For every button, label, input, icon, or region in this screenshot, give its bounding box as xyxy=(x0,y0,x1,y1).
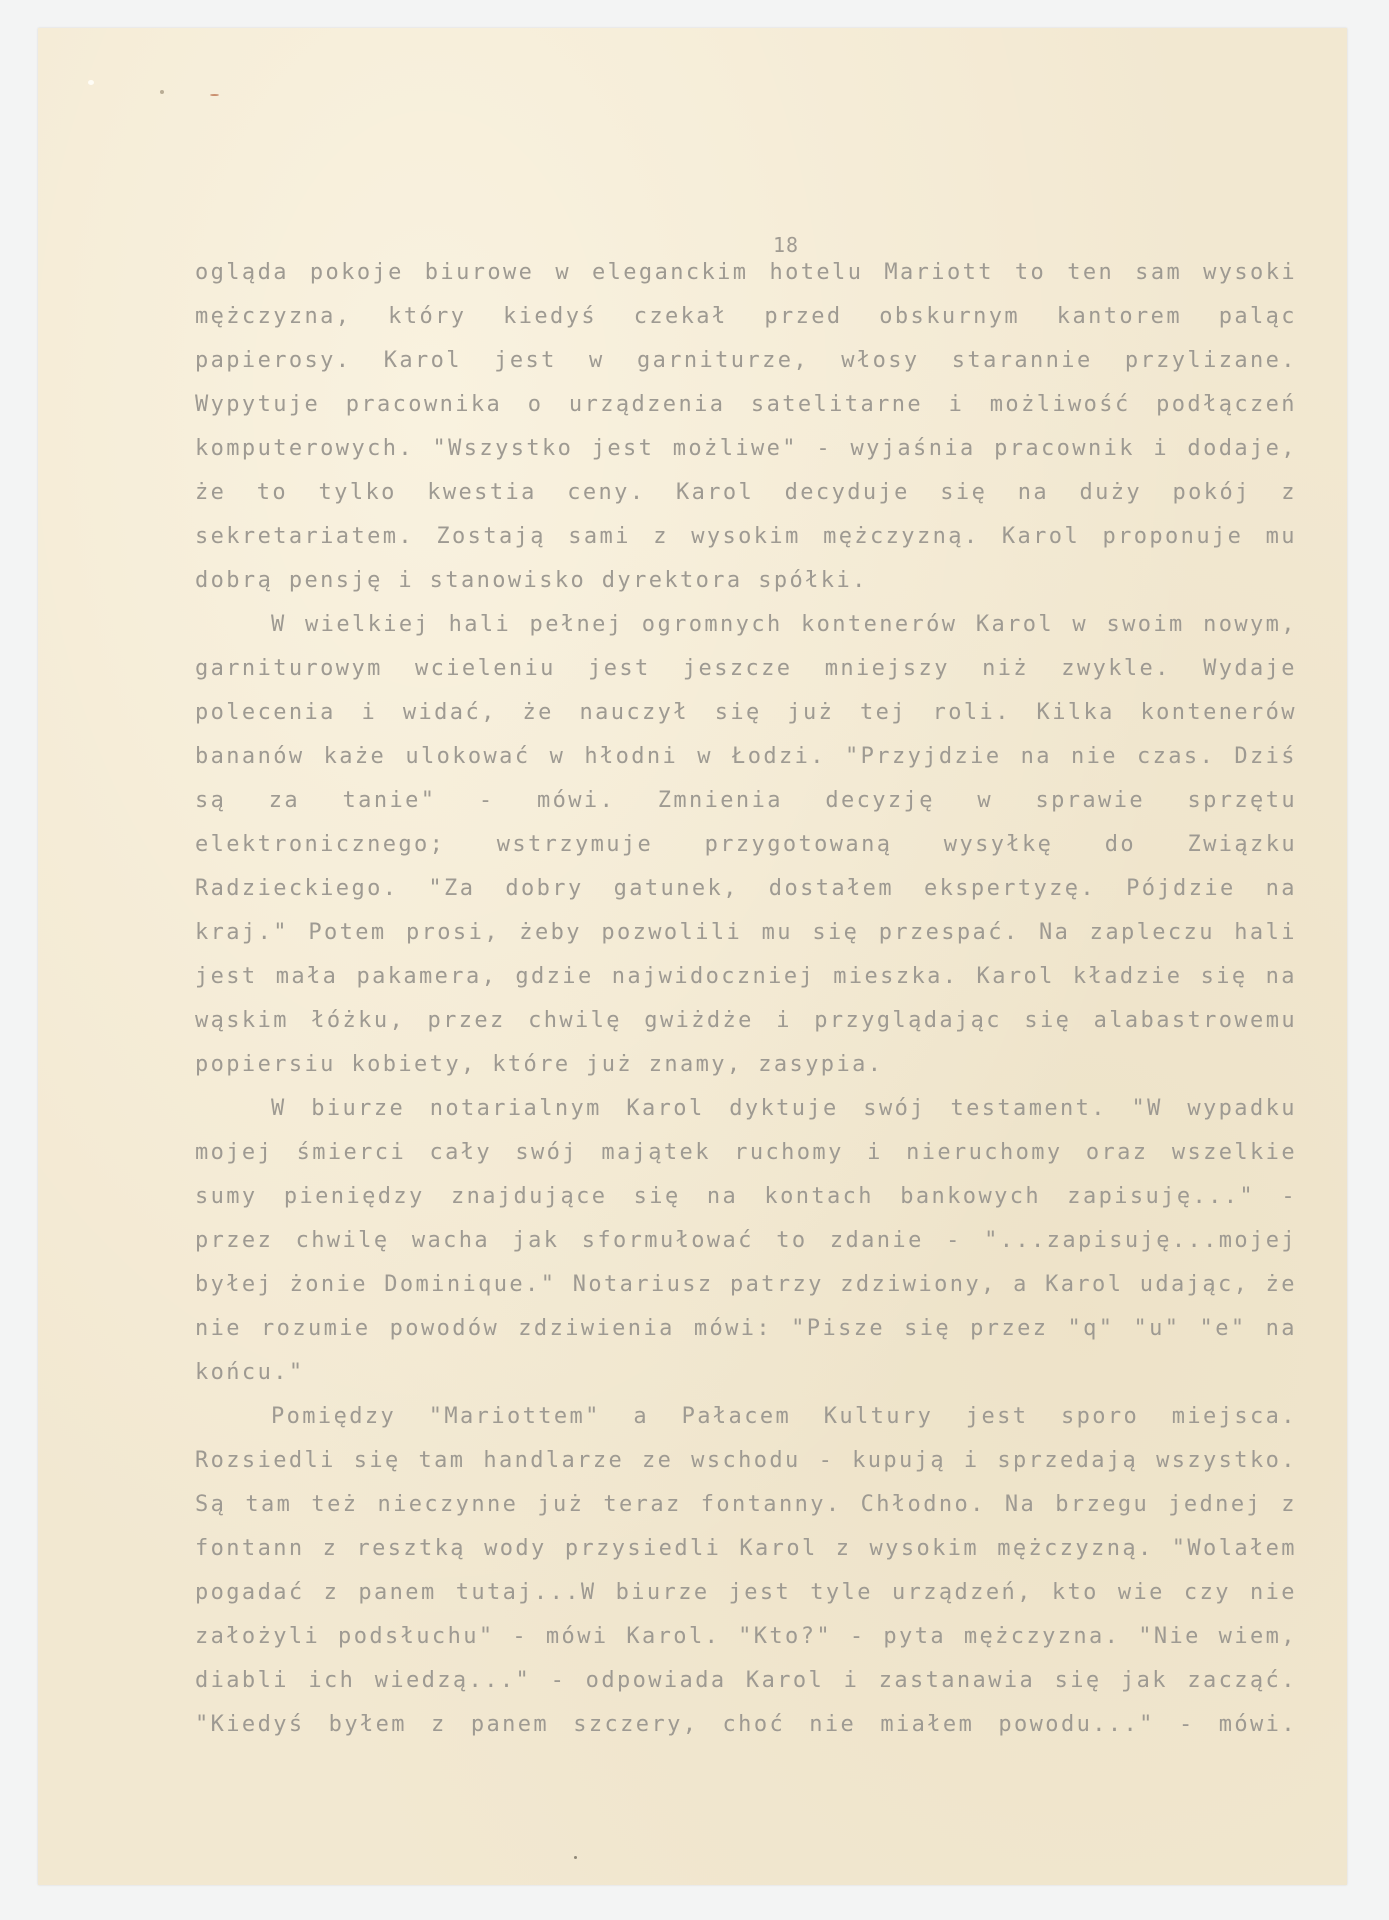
word: wstrzymuje xyxy=(497,830,653,860)
word: kiedyś xyxy=(503,302,597,332)
word: i xyxy=(949,390,965,420)
word: pozwolili xyxy=(601,918,742,948)
word: że xyxy=(195,478,226,508)
text-line: pogadaćzpanemtutaj...Wbiurzejesttyleurzą… xyxy=(195,1578,1297,1608)
word: czekał xyxy=(634,302,728,332)
word: to xyxy=(1015,258,1046,288)
word: wiedzą..." xyxy=(375,1666,531,1696)
word: jest xyxy=(494,346,557,376)
word: i xyxy=(964,1446,980,1476)
word: Karol xyxy=(384,346,462,376)
word: wszelkie xyxy=(1172,1138,1297,1168)
text-line: fontannzresztkąwodyprzysiedliKarolzwysok… xyxy=(195,1534,1297,1564)
word: ulokować xyxy=(405,742,530,772)
text-line: komputerowych."Wszystkojestmożliwe"-wyja… xyxy=(195,434,1297,464)
word: - xyxy=(946,1226,962,1256)
word: Pójdzie xyxy=(1126,874,1236,904)
word: brzegu xyxy=(1055,1490,1149,1520)
text-line: elektronicznego;wstrzymujeprzygotowanąwy… xyxy=(195,830,1297,860)
word: możliwe" xyxy=(673,434,798,464)
word: nieczynne xyxy=(377,1490,518,1520)
word: i xyxy=(1153,434,1169,464)
word: sekretariatem. xyxy=(195,522,414,552)
word: dyktuje xyxy=(729,1094,839,1124)
word: mojej xyxy=(195,1138,273,1168)
word: wcieleniu xyxy=(415,654,556,684)
word: kwestia xyxy=(427,478,537,508)
word: najwidoczniej xyxy=(612,962,815,992)
word: jest xyxy=(592,434,655,464)
word: mówi. xyxy=(1219,1710,1297,1740)
text-line: Radzieckiego."Zadobrygatunek,dostałemeks… xyxy=(195,874,1297,904)
paper-speck xyxy=(210,94,219,96)
word: ceny. xyxy=(567,478,645,508)
word: wyjaśnia xyxy=(850,434,975,464)
word: pyta xyxy=(883,1622,946,1652)
word: ruchomy xyxy=(734,1138,844,1168)
word: mówi xyxy=(546,1622,609,1652)
word: jest xyxy=(729,1578,792,1608)
word: mówi. xyxy=(537,786,615,816)
word: i xyxy=(776,1006,792,1036)
word: jak xyxy=(512,1226,559,1256)
word: "Przyjdzie xyxy=(845,742,1001,772)
word: W xyxy=(271,610,287,640)
word: tam xyxy=(419,1446,466,1476)
word: Są xyxy=(195,1490,226,1520)
word: kontenerów xyxy=(1140,698,1296,728)
word: kto xyxy=(1052,1578,1099,1608)
word: czy xyxy=(1184,1578,1231,1608)
word: Karol xyxy=(977,962,1055,992)
word: przysiedli xyxy=(565,1534,721,1564)
word: gwiżdże xyxy=(644,1006,754,1036)
word: byłej xyxy=(195,1270,273,1300)
word: w xyxy=(977,786,993,816)
text-line: "Kiedyśbyłemzpanemszczery,choćniemiałemp… xyxy=(195,1710,1297,1740)
word: Zmnienia xyxy=(658,786,783,816)
word: Karol xyxy=(976,610,1054,640)
word: teraz xyxy=(603,1490,681,1520)
word: żonie xyxy=(290,1270,368,1300)
word: a xyxy=(1013,1270,1029,1300)
word: Pomiędzy xyxy=(271,1402,396,1432)
text-line: poleceniaiwidać,żenauczyłsięjużtejroli.K… xyxy=(195,698,1297,728)
word: Chłodno. xyxy=(861,1490,986,1520)
paper-speck xyxy=(574,1856,577,1859)
word: Karol xyxy=(1045,1270,1123,1300)
word: z xyxy=(323,1534,339,1564)
word: sprzętu xyxy=(1187,786,1297,816)
word: choć xyxy=(723,1710,786,1740)
word: że xyxy=(1266,1270,1297,1300)
word: wacha xyxy=(412,1226,490,1256)
text-line: bananówkażeulokowaćwhłodniwŁodzi."Przyjd… xyxy=(195,742,1297,772)
word: "Pisze xyxy=(791,1314,885,1344)
word: ten xyxy=(1067,258,1114,288)
word: nie xyxy=(809,1710,856,1740)
word: mężczyzna. xyxy=(964,1622,1120,1652)
word: panem xyxy=(358,1578,436,1608)
word: przez xyxy=(195,1226,273,1256)
word: swoim xyxy=(1106,610,1184,640)
word: byłem xyxy=(329,1710,407,1740)
word: mu xyxy=(762,918,793,948)
word: się xyxy=(1201,962,1248,992)
word: papierosy. xyxy=(195,346,351,376)
word: sami xyxy=(568,522,631,552)
word: podłączeń xyxy=(1156,390,1297,420)
word: fontanny. xyxy=(701,1490,842,1520)
word: zapisuję..." xyxy=(1067,1182,1255,1212)
text-line: Rozsiedlisiętamhandlarzezewschodu-kupują… xyxy=(195,1446,1297,1476)
word: mężczyzna, xyxy=(195,302,351,332)
word: "Mariottem" xyxy=(429,1402,601,1432)
word: na xyxy=(1266,874,1297,904)
word: śmierci xyxy=(297,1138,407,1168)
word: mówi: xyxy=(694,1314,772,1344)
word: przygotowaną xyxy=(705,830,893,860)
word: o xyxy=(528,390,544,420)
word: mężczyzną. xyxy=(997,1534,1153,1564)
word: jeszcze xyxy=(683,654,793,684)
word: z xyxy=(431,1710,447,1740)
word: się xyxy=(904,1314,951,1344)
word: biurze xyxy=(616,1578,710,1608)
word: szczery, xyxy=(573,1710,698,1740)
word: Rozsiedli xyxy=(195,1446,336,1476)
text-line: mężczyzna,którykiedyśczekałprzedobskurny… xyxy=(195,302,1297,332)
word: elektronicznego; xyxy=(195,830,445,860)
word: założyli xyxy=(195,1622,320,1652)
word: który xyxy=(388,302,466,332)
word: Karol xyxy=(746,1666,824,1696)
word: a xyxy=(633,1402,649,1432)
text-line: Wypytujepracownikaourządzeniasatelitarne… xyxy=(195,390,1297,420)
word: "...zapisuję...mojej xyxy=(984,1226,1297,1256)
word: na xyxy=(707,1182,738,1212)
word: Notariusz xyxy=(573,1270,714,1300)
word: udając, xyxy=(1140,1270,1250,1300)
word: bananów xyxy=(195,742,305,772)
word: cały xyxy=(429,1138,492,1168)
word: swój xyxy=(515,1138,578,1168)
text-line: założylipodsłuchu"-mówiKarol."Kto?"-pyta… xyxy=(195,1622,1297,1652)
text-line: kraj."Potemprosi,żebypozwolilimusięprzes… xyxy=(195,918,1297,948)
word: się xyxy=(715,698,762,728)
paper-speck xyxy=(88,80,94,85)
word: jak xyxy=(1121,1666,1168,1696)
word: w xyxy=(550,742,566,772)
word: resztką xyxy=(356,1534,466,1564)
word: mieszka. xyxy=(833,962,958,992)
word: przyglądając xyxy=(814,1006,1002,1036)
word: urządzeń, xyxy=(892,1578,1033,1608)
word: patrzy xyxy=(730,1270,824,1300)
word: testament. xyxy=(950,1094,1106,1124)
text-line: dobrą pensję i stanowisko dyrektora spół… xyxy=(195,566,1297,596)
word: z xyxy=(324,1578,340,1608)
text-line: końcu." xyxy=(195,1358,1297,1388)
word: na xyxy=(1266,962,1297,992)
word: jest xyxy=(588,654,651,684)
word: alabastrowemu xyxy=(1094,1006,1297,1036)
word: przez xyxy=(970,1314,1048,1344)
word: wielkiej xyxy=(305,610,430,640)
text-line: WwielkiejhalipełnejogromnychkontenerówKa… xyxy=(271,610,1297,640)
word: zdanie xyxy=(830,1226,924,1256)
word: hali xyxy=(449,610,512,640)
word: znajdujące xyxy=(451,1182,607,1212)
word: kraj." xyxy=(195,918,289,948)
word: roli. xyxy=(933,698,1011,728)
word: do xyxy=(1105,830,1136,860)
word: wschodu xyxy=(691,1446,801,1476)
word: - xyxy=(850,1622,866,1652)
word: już xyxy=(787,698,834,728)
word: się xyxy=(1024,1006,1071,1036)
word: już xyxy=(537,1490,584,1520)
word: chwilę xyxy=(296,1226,390,1256)
word: kładzie xyxy=(1073,962,1183,992)
word: mu xyxy=(1266,522,1297,552)
word: paląc xyxy=(1219,302,1297,332)
word: dostałem xyxy=(769,874,894,904)
word: "u" xyxy=(1134,1314,1181,1344)
text-line: diabliichwiedzą..."-odpowiadaKarolizasta… xyxy=(195,1666,1297,1696)
word: Radzieckiego. xyxy=(195,874,398,904)
word: to xyxy=(776,1226,807,1256)
word: "q" xyxy=(1067,1314,1114,1344)
word: nie xyxy=(1250,1578,1297,1608)
word: też xyxy=(311,1490,358,1520)
word: komputerowych. xyxy=(195,434,414,464)
word: dobry xyxy=(505,874,583,904)
word: pakamera, xyxy=(356,962,497,992)
word: - xyxy=(816,434,832,464)
word: majątek xyxy=(601,1138,711,1168)
word: możliwość xyxy=(990,390,1131,420)
word: tutaj...W xyxy=(456,1578,597,1608)
word: wysokim xyxy=(691,522,801,552)
word: tylko xyxy=(319,478,397,508)
word: w xyxy=(1072,610,1088,640)
word: wszystko. xyxy=(1156,1446,1297,1476)
word: biurowe xyxy=(425,258,535,288)
word: Zostają xyxy=(436,522,546,552)
word: z xyxy=(1281,478,1297,508)
word: się xyxy=(1055,1666,1102,1696)
word: zastanawia xyxy=(879,1666,1035,1696)
word: pełnej xyxy=(530,610,624,640)
word: z xyxy=(836,1534,852,1564)
word: to xyxy=(257,478,288,508)
word: diabli xyxy=(195,1666,289,1696)
word: gatunek, xyxy=(614,874,739,904)
word: mężczyzną. xyxy=(823,522,979,552)
text-line: oglądapokojebiuroweweleganckimhoteluMari… xyxy=(195,258,1297,288)
word: duży xyxy=(1079,478,1142,508)
word: Karol xyxy=(739,1534,817,1564)
word: prosi, xyxy=(406,918,500,948)
word: miałem xyxy=(880,1710,974,1740)
word: mniejszy xyxy=(825,654,950,684)
word: kupują xyxy=(852,1446,946,1476)
word: z xyxy=(1281,1490,1297,1520)
word: czas. xyxy=(1137,742,1215,772)
word: powodu..." xyxy=(998,1710,1154,1740)
word: w xyxy=(697,742,713,772)
word: pracownik xyxy=(994,434,1135,464)
word: łóżku, xyxy=(311,1006,405,1036)
word: przez xyxy=(427,1006,505,1036)
word: mała xyxy=(276,962,339,992)
word: Dziś xyxy=(1234,742,1297,772)
text-line: nierozumiepowodówzdziwieniamówi:"Piszesi… xyxy=(195,1314,1297,1344)
word: są xyxy=(195,786,226,816)
word: kantorem xyxy=(1057,302,1182,332)
word: "e" xyxy=(1200,1314,1247,1344)
word: "Nie xyxy=(1138,1622,1201,1652)
word: włosy xyxy=(841,346,919,376)
word: kontach xyxy=(764,1182,874,1212)
word: ich xyxy=(308,1666,355,1696)
word: zdziwiony, xyxy=(840,1270,996,1300)
word: wypadku xyxy=(1187,1094,1297,1124)
word: hali xyxy=(1234,918,1297,948)
text-line: jestmałapakamera,gdzienajwidoczniejmiesz… xyxy=(195,962,1297,992)
word: odpowiada xyxy=(586,1666,727,1696)
word: urządzenia xyxy=(569,390,725,420)
word: "Kiedyś xyxy=(195,1710,305,1740)
paper-speck xyxy=(160,90,164,94)
word: każe xyxy=(324,742,387,772)
word: hłodni xyxy=(584,742,678,772)
word: wiem, xyxy=(1219,1622,1297,1652)
text-line: sekretariatem.Zostająsamizwysokimmężczyz… xyxy=(195,522,1297,552)
word: fontann xyxy=(195,1534,305,1564)
word: widać, xyxy=(403,698,497,728)
word: Wydaje xyxy=(1203,654,1297,684)
word: przylizane. xyxy=(1125,346,1297,376)
word: chwilę xyxy=(528,1006,622,1036)
word: biurze xyxy=(311,1094,405,1124)
word: "Wolałem xyxy=(1172,1534,1297,1564)
text-line: wąskimłóżku,przezchwilęgwiżdżeiprzygląda… xyxy=(195,1006,1297,1036)
word: starannie xyxy=(952,346,1093,376)
word: notarialnym xyxy=(430,1094,602,1124)
word: kontenerów xyxy=(801,610,957,640)
word: proponuje xyxy=(1102,522,1243,552)
word: Na xyxy=(1005,1490,1036,1520)
text-line: WbiurzenotarialnymKaroldyktujeswójtestam… xyxy=(271,1094,1297,1124)
word: ogląda xyxy=(195,258,289,288)
word: "W xyxy=(1132,1094,1163,1124)
word: "Kto?" xyxy=(738,1622,832,1652)
word: pokój xyxy=(1173,478,1251,508)
word: wody xyxy=(484,1534,547,1564)
word: wysokim xyxy=(870,1534,980,1564)
word: dodaje, xyxy=(1187,434,1297,464)
word: Łodzi. xyxy=(732,742,826,772)
word: zapleczu xyxy=(1090,918,1215,948)
word: - xyxy=(551,1666,567,1696)
word: sam xyxy=(1135,258,1182,288)
word: polecenia xyxy=(195,698,336,728)
word: decyzję xyxy=(825,786,935,816)
word: się xyxy=(940,478,987,508)
word: Dominique." xyxy=(384,1270,556,1300)
word: powodów xyxy=(390,1314,500,1344)
word: za xyxy=(269,786,300,816)
word: nauczył xyxy=(579,698,689,728)
word: Kilka xyxy=(1037,698,1115,728)
text-line: mojejśmiercicałyswójmajątekruchomyinieru… xyxy=(195,1138,1297,1168)
word: ekspertyzę. xyxy=(924,874,1096,904)
word: panem xyxy=(471,1710,549,1740)
word: wie xyxy=(1118,1578,1165,1608)
word: garniturze, xyxy=(637,346,809,376)
word: jest xyxy=(195,962,258,992)
word: Mariott xyxy=(884,258,994,288)
page-number: 18 xyxy=(771,231,801,259)
word: bankowych xyxy=(900,1182,1041,1212)
word: że xyxy=(522,698,553,728)
word: tanie" xyxy=(343,786,437,816)
word: sprawie xyxy=(1035,786,1145,816)
word: Karol xyxy=(676,478,754,508)
word: Potem xyxy=(308,918,386,948)
word: - xyxy=(1281,1182,1297,1212)
word: gdzie xyxy=(515,962,593,992)
word: nie xyxy=(1071,742,1118,772)
text-line: przezchwilęwachajaksformułowaćtozdanie-"… xyxy=(195,1226,1297,1256)
word: w xyxy=(555,258,571,288)
word: Pałacem xyxy=(682,1402,792,1432)
word: eleganckim xyxy=(592,258,748,288)
word: - xyxy=(1179,1710,1195,1740)
word: jest xyxy=(966,1402,1029,1432)
word: Związku xyxy=(1187,830,1297,860)
word: przed xyxy=(764,302,842,332)
text-line: byłejżonieDominique."Notariuszpatrzyzdzi… xyxy=(195,1270,1297,1300)
text-line: papierosy.Karoljestwgarniturze,włosystar… xyxy=(195,346,1297,376)
word: i xyxy=(362,698,378,728)
word: niż xyxy=(982,654,1029,684)
word: przespać. xyxy=(879,918,1020,948)
word: pracownika xyxy=(346,390,502,420)
word: decyduje xyxy=(785,478,910,508)
word: zwykle. xyxy=(1061,654,1171,684)
word: tyle xyxy=(810,1578,873,1608)
text-line: garniturowymwcieleniujestjeszczemniejszy… xyxy=(195,654,1297,684)
word: pokoje xyxy=(310,258,404,288)
word: na xyxy=(1021,742,1052,772)
word: satelitarne xyxy=(751,390,923,420)
word: tej xyxy=(860,698,907,728)
word: nowym, xyxy=(1203,610,1297,640)
word: miejsca. xyxy=(1172,1402,1297,1432)
word: się xyxy=(812,918,859,948)
word: "Wszystko xyxy=(432,434,573,464)
word: podsłuchu" xyxy=(338,1622,494,1652)
word: pieniędzy xyxy=(284,1182,425,1212)
word: Na xyxy=(1039,918,1070,948)
word: zdziwienia xyxy=(518,1314,674,1344)
word: jednej xyxy=(1168,1490,1262,1520)
word: nie xyxy=(195,1314,242,1344)
word: sprzedają xyxy=(997,1446,1138,1476)
